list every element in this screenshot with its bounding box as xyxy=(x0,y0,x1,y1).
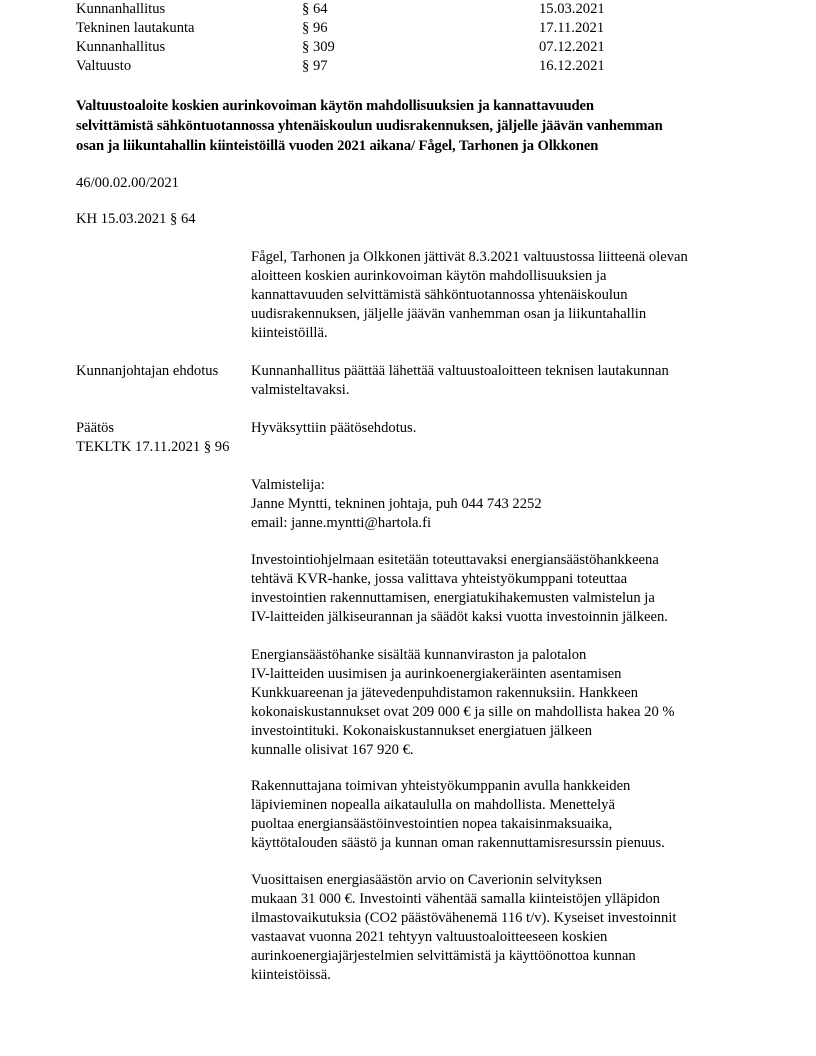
text-line: tehtävä KVR-hanke, jossa valittava yhtei… xyxy=(251,570,741,589)
history-body: Kunnanhallitus xyxy=(76,38,165,57)
text-line: kiinteistöillä. xyxy=(251,324,741,343)
text-line: IV-laitteiden uusimisen ja aurinkoenergi… xyxy=(251,665,741,684)
tekltk-reference: TEKLTK 17.11.2021 § 96 xyxy=(76,438,229,457)
text-line: käyttötalouden säästö ja kunnan oman rak… xyxy=(251,834,741,853)
decision-label: Päätös xyxy=(76,419,114,438)
text-line: aurinkoenergiajärjestelmien selvittämist… xyxy=(251,947,741,966)
history-row: Valtuusto § 97 16.12.2021 xyxy=(76,57,776,76)
text-line: kokonaiskustannukset ovat 209 000 € ja s… xyxy=(251,703,741,722)
text-line: Rakennuttajana toimivan yhteistyökumppan… xyxy=(251,777,741,796)
body-paragraph: Vuosittaisen energiasäästön arvio on Cav… xyxy=(251,871,741,985)
history-body: Tekninen lautakunta xyxy=(76,19,195,38)
history-body: Valtuusto xyxy=(76,57,131,76)
intro-paragraph: Fågel, Tarhonen ja Olkkonen jättivät 8.3… xyxy=(251,248,741,343)
text-line: Vuosittaisen energiasäästön arvio on Cav… xyxy=(251,871,741,890)
text-line: investointituki. Kokonaiskustannukset en… xyxy=(251,722,741,741)
text-line: investointien rakennuttamisen, energiatu… xyxy=(251,589,741,608)
title-line: osan ja liikuntahallin kiinteistöillä vu… xyxy=(76,136,736,156)
text-line: kannattavuuden selvittämistä sähköntuota… xyxy=(251,286,741,305)
history-date: 07.12.2021 xyxy=(539,38,605,57)
history-row: Tekninen lautakunta § 96 17.11.2021 xyxy=(76,19,776,38)
preparer-email: email: janne.myntti@hartola.fi xyxy=(251,514,741,533)
text-line: aloitteen koskien aurinkovoiman käytön m… xyxy=(251,267,741,286)
history-paragraph: § 96 xyxy=(302,19,328,38)
text-line: uudisrakennuksen, jäljelle jäävän vanhem… xyxy=(251,305,741,324)
record-number: 46/00.02.00/2021 xyxy=(76,174,179,193)
history-date: 15.03.2021 xyxy=(539,0,605,19)
text-line: läpivieminen nopealla aikataululla on ma… xyxy=(251,796,741,815)
history-row: Kunnanhallitus § 64 15.03.2021 xyxy=(76,0,776,19)
text-line: Kunkkuareenan ja jätevedenpuhdistamon ra… xyxy=(251,684,741,703)
body-paragraph: Energiansäästöhanke sisältää kunnanviras… xyxy=(251,646,741,760)
body-paragraph: Investointiohjelmaan esitetään toteuttav… xyxy=(251,551,741,627)
text-line: kunnalle olisivat 167 920 €. xyxy=(251,741,741,760)
text-line: Fågel, Tarhonen ja Olkkonen jättivät 8.3… xyxy=(251,248,741,267)
text-line: mukaan 31 000 €. Investointi vähentää sa… xyxy=(251,890,741,909)
history-paragraph: § 309 xyxy=(302,38,335,57)
history-date: 16.12.2021 xyxy=(539,57,605,76)
text-line: vastaavat vuonna 2021 tehtyyn valtuustoa… xyxy=(251,928,741,947)
proposal-text: Kunnanhallitus päättää lähettää valtuust… xyxy=(251,362,741,400)
text-line: valmisteltavaksi. xyxy=(251,381,741,400)
text-line: Energiansäästöhanke sisältää kunnanviras… xyxy=(251,646,741,665)
preparer-heading: Valmistelija: xyxy=(251,476,741,495)
text-line: ilmastovaikutuksia (CO2 päästövähenemä 1… xyxy=(251,909,741,928)
history-date: 17.11.2021 xyxy=(539,19,604,38)
title-line: Valtuustoaloite koskien aurinkovoiman kä… xyxy=(76,96,736,116)
body-paragraph: Rakennuttajana toimivan yhteistyökumppan… xyxy=(251,777,741,853)
kh-reference: KH 15.03.2021 § 64 xyxy=(76,210,196,229)
preparer-name: Janne Myntti, tekninen johtaja, puh 044 … xyxy=(251,495,741,514)
text-line: Kunnanhallitus päättää lähettää valtuust… xyxy=(251,362,741,381)
text-line: Investointiohjelmaan esitetään toteuttav… xyxy=(251,551,741,570)
item-title: Valtuustoaloite koskien aurinkovoiman kä… xyxy=(76,96,736,156)
history-paragraph: § 64 xyxy=(302,0,328,19)
title-line: selvittämistä sähköntuotannossa yhtenäis… xyxy=(76,116,736,136)
history-row: Kunnanhallitus § 309 07.12.2021 xyxy=(76,38,776,57)
history-body: Kunnanhallitus xyxy=(76,0,165,19)
decision-text: Hyväksyttiin päätösehdotus. xyxy=(251,419,741,438)
history-paragraph: § 97 xyxy=(302,57,328,76)
preparer-block: Valmistelija: Janne Myntti, tekninen joh… xyxy=(251,476,741,533)
text-line: IV-laitteiden jälkiseurannan ja säädöt k… xyxy=(251,608,741,627)
text-line: puoltaa energiansäästöinvestointien nope… xyxy=(251,815,741,834)
proposal-label: Kunnanjohtajan ehdotus xyxy=(76,362,218,381)
text-line: kiinteistöissä. xyxy=(251,966,741,985)
